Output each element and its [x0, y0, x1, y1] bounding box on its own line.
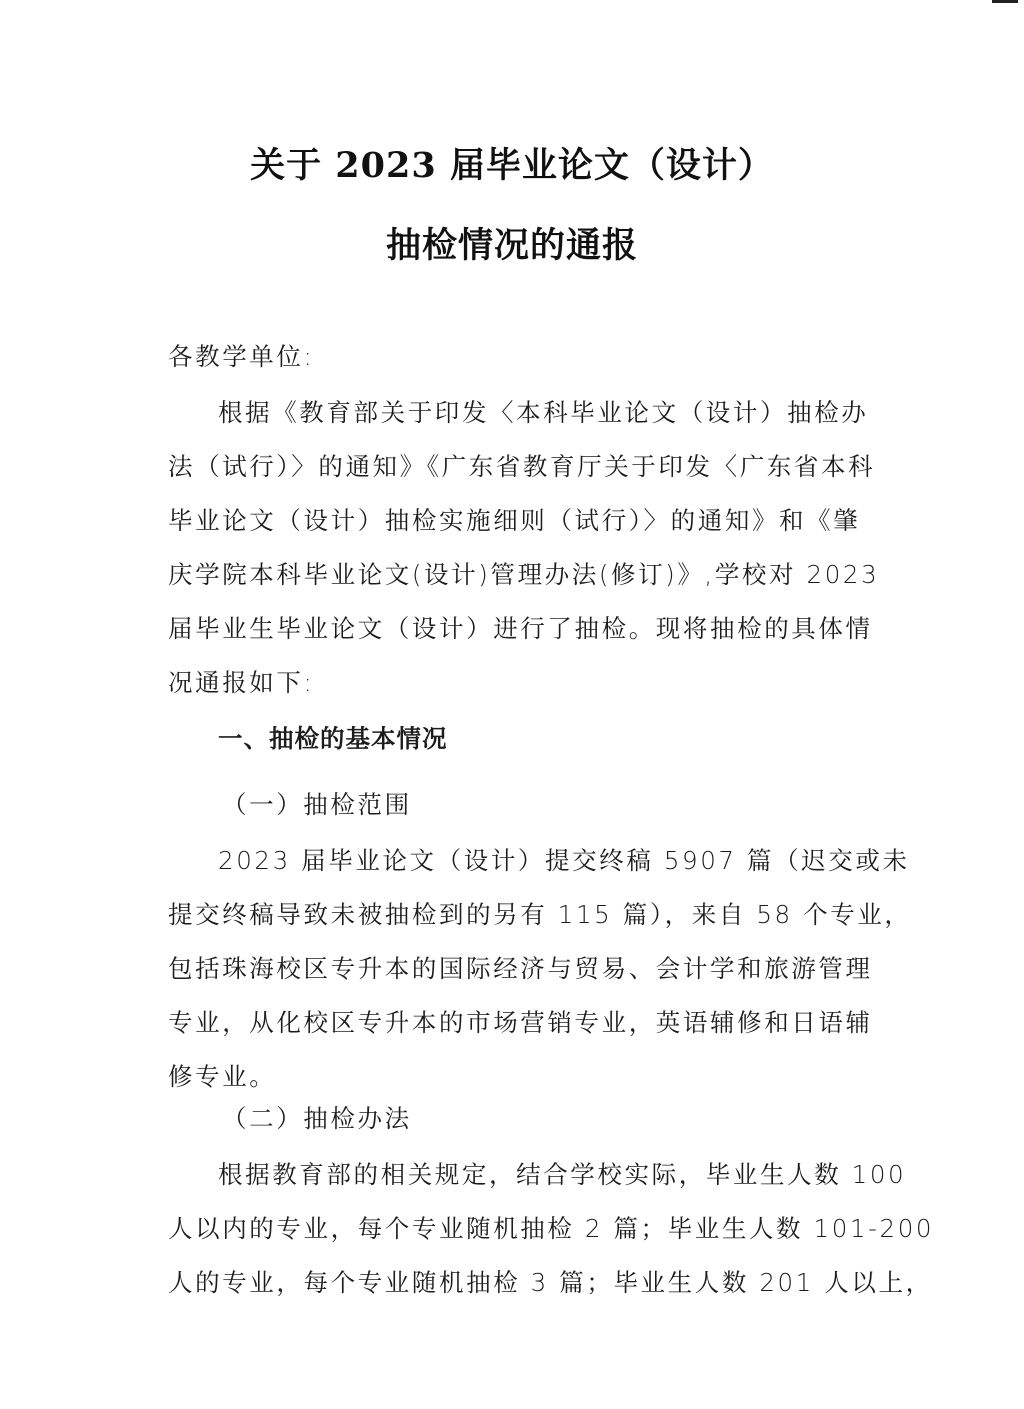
intro-line: 法（试行）〉的通知》《广东省教育厅关于印发〈广东省本科 [168, 452, 875, 482]
subsection-2-line: 人以内的专业，每个专业随机抽检 2 篇；毕业生人数 101-200 [168, 1214, 934, 1244]
subsection-1-line: 2023 届毕业论文（设计）提交终稿 5907 篇（迟交或未 [218, 846, 910, 876]
subsection-1-line: 包括珠海校区专升本的国际经济与贸易、会计学和旅游管理 [168, 954, 873, 984]
intro-line: 庆学院本科毕业论文(设计)管理办法(修订)》,学校对 2023 [168, 560, 879, 590]
page-corner-mark [992, 0, 1018, 3]
intro-line: 毕业论文（设计）抽检实施细则（试行）〉的通知》和《肇 [168, 506, 860, 536]
document-title-line-2: 抽检情况的通报 [0, 218, 1024, 268]
subsection-1-line: 提交终稿导致未被抽检到的另有 115 篇），来自 58 个专业， [168, 900, 912, 930]
document-title-line-1: 关于 2023 届毕业论文（设计） [0, 138, 1024, 188]
subsection-2-line: 人的专业，每个专业随机抽检 3 篇；毕业生人数 201 人以上， [168, 1268, 933, 1298]
intro-line: 根据《教育部关于印发〈本科毕业论文（设计）抽检办 [218, 398, 868, 428]
subsection-1-heading: （一）抽检范围 [222, 790, 412, 820]
section-1-heading: 一、抽检的基本情况 [218, 724, 448, 754]
subsection-1-line: 专业，从化校区专升本的市场营销专业，英语辅修和日语辅 [168, 1008, 873, 1038]
subsection-1-line: 修专业。 [168, 1062, 276, 1092]
salutation: 各教学单位: [168, 342, 314, 372]
intro-line: 届毕业生毕业论文（设计）进行了抽检。现将抽检的具体情 [168, 614, 873, 644]
subsection-2-line: 根据教育部的相关规定，结合学校实际，毕业生人数 100 [218, 1160, 906, 1190]
intro-line: 况通报如下: [168, 668, 314, 698]
subsection-2-heading: （二）抽检办法 [222, 1104, 412, 1134]
